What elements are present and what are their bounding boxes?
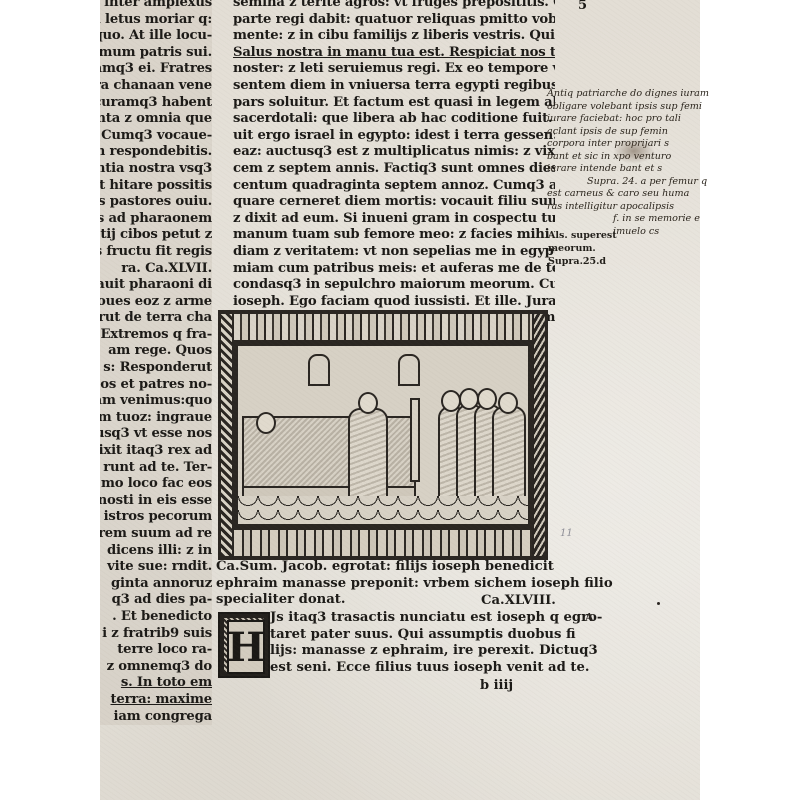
text-line: terra: maxime [100, 692, 212, 709]
text-line: nfantia nostra vsq3 [100, 161, 212, 178]
text-line: iam congrega [100, 709, 212, 726]
text-line: terra chanaan vene [100, 78, 212, 95]
printed-note: meorum. [548, 242, 617, 255]
brother-head-icon [441, 390, 461, 412]
text-line: taret pater suus. Qui assumptis duobus f… [270, 627, 551, 644]
chapter-heading-47: ra. Ca.XLVII. [100, 261, 212, 278]
text-line: noster: z leti seruiemus regi. Ex eo tem… [233, 61, 555, 78]
text-line: ginta annoruz [100, 576, 212, 593]
text-line: sentem diem in vniuersa terra egypti reg… [233, 78, 555, 95]
main-text-column: semina z terite agros: vt fruges preposi… [233, 0, 555, 343]
book-page: 5 s: et inter amplexus Jam letus moriar … [100, 0, 700, 800]
text-line: miam cum patribus meis: et auferas me de… [233, 261, 555, 278]
vine-border-right [534, 314, 545, 556]
foliate-border-top [234, 314, 532, 340]
text-line: i z fratrib9 suis [100, 626, 212, 643]
marginal-letter-a: A [585, 611, 594, 624]
text-line: m. Cumq3 vocaue- [100, 128, 212, 145]
text-line: mente: z in cibu familijs z liberis vest… [233, 28, 555, 45]
text-line: menta z omnia que [100, 111, 212, 128]
text-line: m tuoz: ingraue [100, 410, 212, 427]
summary-line: ephraim manasse preponit: vrbem sichem i… [216, 576, 551, 593]
initial-letter: H [227, 620, 265, 674]
handwritten-line: aclant ipsis de sup femin [547, 126, 702, 139]
text-line: Jam letus moriar q: [100, 12, 212, 29]
text-line: i nosti in eis esse [100, 493, 212, 510]
joseph-head-icon [358, 392, 378, 414]
signature-mark: b iiij [480, 678, 513, 693]
text-line: . Et benedicto [100, 609, 212, 626]
text-line: cem z septem annis. Factiq3 sunt omnes d… [233, 161, 555, 178]
text-line: um respondebitis. [100, 144, 212, 161]
text-line: q3 ad dies pa- [100, 592, 212, 609]
brother-head-icon [459, 388, 479, 410]
folio-mark: 5 [578, 0, 587, 13]
rope-border-left [221, 314, 232, 556]
text-line: am rege. Quos [100, 343, 212, 360]
text-line: inquo. At ille locu- [100, 28, 212, 45]
text-line: condasq3 in sepulchro maiorum meorum. Cu… [233, 277, 555, 294]
text-line: icet vt hitare possitis [100, 178, 212, 195]
text-line: pars soluitur. Et factum est quasi in le… [233, 95, 555, 112]
text-line: iauit pharaoni di [100, 277, 212, 294]
brother-head-icon [498, 392, 518, 414]
handwritten-line: obligare volebant ipsis sup femi [547, 101, 702, 114]
text-line: mo loco fac eos [100, 476, 212, 493]
text-line: s: Responderut [100, 360, 212, 377]
handwritten-line: Supra. 24. a per femur q [547, 176, 702, 189]
text-line: ptij cibos petut z [100, 227, 212, 244]
text-line: musq3 vt esse nos [100, 426, 212, 443]
handwritten-line: iurare intende bant et s [547, 163, 702, 176]
ink-dot [657, 602, 660, 605]
text-line: os et patres no- [100, 377, 212, 394]
chapter-heading-48: Ca.XLVIII. [481, 593, 556, 608]
text-line: am venimus:quo [100, 393, 212, 410]
arched-window-icon [308, 354, 330, 386]
woodcut-illustration [218, 310, 548, 560]
text-line: nerut de terra cha [100, 310, 212, 327]
text-line: istros pecorum [100, 509, 212, 526]
tiled-floor [238, 496, 528, 524]
deathbed-scene [236, 344, 530, 526]
text-line: ixit itaq3 rex ad [100, 443, 212, 460]
text-line: centum quadraginta septem annoz. Cumq3 a… [233, 178, 555, 195]
text-line: lijs: manasse z ephraim, ire perexit. Di… [270, 643, 551, 660]
printed-note: Als. superest [548, 229, 617, 242]
foliate-border-bottom [234, 530, 532, 556]
pencil-note: 11 [560, 528, 573, 539]
text-line: s. In toto em [100, 675, 212, 692]
printed-note: Supra.25.d [548, 255, 617, 268]
text-line: uit ergo israel in egypto: idest i terra… [233, 128, 555, 145]
text-line: z dixit ad eum. Si inueni gram in cospec… [233, 211, 555, 228]
text-line: Js itaq3 trasactis nunciatu est ioseph q… [270, 610, 551, 627]
text-line: trem suum ad re [100, 526, 212, 543]
handwritten-line: Antiq patriarche do dignes iuram [547, 88, 702, 101]
text-line: es pastores ouiu. [100, 194, 212, 211]
text-line: runt ad te. Ter- [100, 460, 212, 477]
jacob-head-icon [256, 412, 276, 434]
summary-line: Ca.Sum. Jacob. egrotat: filijs ioseph be… [216, 559, 551, 576]
chapter-48-text: Js itaq3 trasactis nunciatu est ioseph q… [270, 610, 551, 676]
text-line: ius curamq3 habent [100, 95, 212, 112]
text-line: eaz: auctusq3 est z multiplicatus nimis:… [233, 144, 555, 161]
text-line: ioseph. Ego faciam quod iussisti. Et ill… [233, 294, 555, 311]
bed-post [410, 398, 420, 482]
text-line: bicamq3 ei. Fratres [100, 61, 212, 78]
text-line: quare cerneret diem mortis: vocauit fili… [233, 194, 555, 211]
text-line: s fructu fit regis [100, 244, 212, 261]
text-line: s: et inter amplexus [100, 0, 212, 12]
ink-smudge [613, 138, 655, 164]
arched-window-icon [398, 354, 420, 386]
text-line: sacerdotali: que libera ab hac coditione… [233, 111, 555, 128]
text-line: dicens illi: z in [100, 543, 212, 560]
text-line: terre loco ra- [100, 642, 212, 659]
text-line: semina z terite agros: vt fruges preposi… [233, 0, 555, 12]
brother-head-icon [477, 388, 497, 410]
left-text-column: s: et inter amplexus Jam letus moriar q:… [100, 0, 212, 725]
text-line: Extremos q fra- [100, 327, 212, 344]
text-line: Salus nostra in manu tua est. Respiciat … [233, 45, 555, 62]
text-line: z omnemq3 do [100, 659, 212, 676]
handwritten-line: iurare faciebat: hoc pro tali [547, 113, 702, 126]
text-line: oues eoz z arme [100, 294, 212, 311]
text-line: manum tuam sub femore meo: z facies mihi… [233, 227, 555, 244]
text-line: est seni. Ecce filius tuus ioseph venit … [270, 660, 551, 677]
text-line: domum patris sui. [100, 45, 212, 62]
printed-marginal-notes: Supra.24.a . . Als. superest meorum. Sup… [548, 190, 617, 268]
text-line: vite sue: rndit. [100, 559, 212, 576]
text-line: parte regi dabit: quatuor reliquas pmitt… [233, 12, 555, 29]
text-line: diam z veritatem: vt non sepelias me in … [233, 244, 555, 261]
decorated-initial: H [218, 612, 270, 678]
text-line: res ad pharaonem [100, 211, 212, 228]
